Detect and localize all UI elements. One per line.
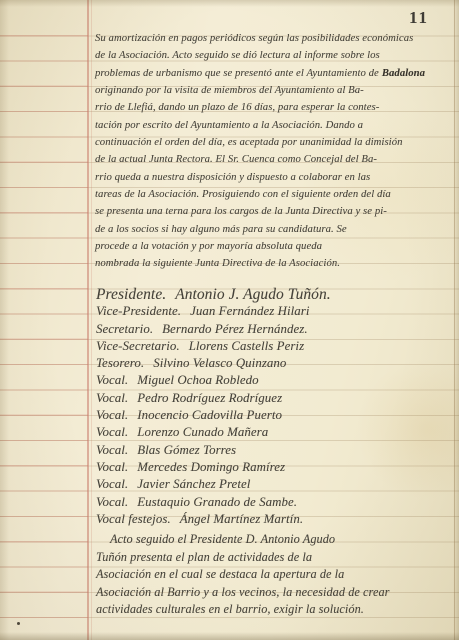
board-entry: Vocal.Eustaquio Granado de Sambe. <box>96 494 331 511</box>
board-member-name: Blas Gómez Torres <box>137 443 236 457</box>
board-entry: Vocal festejos.Ángel Martínez Martín. <box>96 511 331 528</box>
board-member-name: Juan Fernández Hilari <box>190 304 309 318</box>
board-member-name: Pedro Rodríguez Rodríguez <box>137 391 282 405</box>
closing-paragraph: Acto seguido el Presidente D. Antonio Ag… <box>96 531 389 619</box>
manuscript-line: nombrada la siguiente Junta Directiva de… <box>95 255 425 272</box>
board-role: Vice-Secretario. <box>96 338 180 355</box>
board-member-name: Eustaquio Granado de Sambe. <box>137 495 297 509</box>
manuscript-line: tareas de la Asociación. Prosiguiendo co… <box>95 186 425 203</box>
manuscript-line: de la actual Junta Rectora. El Sr. Cuenc… <box>95 151 425 168</box>
manuscript-line: rrio de Llefiá, dando un plazo de 16 día… <box>95 99 425 116</box>
board-list: Presidente.Antonio J. Agudo Tuñón. Vice-… <box>96 286 331 528</box>
manuscript-line: se presenta una terna para los cargos de… <box>95 203 425 220</box>
board-role: Secretario. <box>96 321 153 338</box>
board-member-name: Mercedes Domingo Ramírez <box>137 460 285 474</box>
board-member-name: Lorenzo Cunado Mañera <box>137 425 268 439</box>
board-member-name: Miguel Ochoa Robledo <box>137 373 258 387</box>
left-margin-line-secondary <box>91 0 92 640</box>
manuscript-line: de a los socios si hay alguno más para s… <box>95 221 425 238</box>
board-entry: Vocal.Blas Gómez Torres <box>96 442 331 459</box>
manuscript-line: Asociación en el cual se destaca la aper… <box>96 566 389 584</box>
board-role: Vocal. <box>96 407 128 424</box>
ruled-lines-margin-strip <box>0 11 88 640</box>
manuscript-line: problemas de urbanismo que se presentó a… <box>95 65 425 82</box>
board-role: Vocal. <box>96 459 128 476</box>
manuscript-line: Asociación al Barrio y a los vecinos, la… <box>96 584 389 602</box>
manuscript-line: rrio queda a nuestra disposición y dispu… <box>95 169 425 186</box>
manuscript-line: de la Asociación. Acto seguido se dió le… <box>95 47 425 64</box>
board-entry: Vocal.Miguel Ochoa Robledo <box>96 372 331 389</box>
board-entry: Vice-Presidente.Juan Fernández Hilari <box>96 303 331 320</box>
board-role: Vocal festejos. <box>96 511 171 528</box>
board-member-name: Javier Sánchez Pretel <box>137 477 250 491</box>
board-role: Vocal. <box>96 476 128 493</box>
manuscript-line: originando por la visita de miembros del… <box>95 82 425 99</box>
ink-speck <box>17 622 20 625</box>
board-role: Vocal. <box>96 442 128 459</box>
board-member-name: Silvino Velasco Quinzano <box>153 356 286 370</box>
left-margin-line <box>87 0 89 640</box>
notebook-page: 11 Su amortización en pagos periódicos s… <box>0 0 459 640</box>
manuscript-line: Tuñón presenta el plan de actividades de… <box>96 549 389 567</box>
board-role: Vice-Presidente. <box>96 303 181 320</box>
manuscript-line: procede a la votación y por mayoría abso… <box>95 238 425 255</box>
board-role: Vocal. <box>96 424 128 441</box>
opening-paragraph: Su amortización en pagos periódicos segú… <box>95 30 425 273</box>
board-entry: Vocal.Javier Sánchez Pretel <box>96 476 331 493</box>
page-number: 11 <box>409 8 429 28</box>
board-entry: Vice-Secretario.Llorens Castells Periz <box>96 338 331 355</box>
board-entry: Vocal.Mercedes Domingo Ramírez <box>96 459 331 476</box>
board-role: Vocal. <box>96 494 128 511</box>
board-entry: Vocal.Lorenzo Cunado Mañera <box>96 424 331 441</box>
manuscript-line: tación por escrito del Ayuntamiento a la… <box>95 117 425 134</box>
board-entry: Vocal.Pedro Rodríguez Rodríguez <box>96 390 331 407</box>
board-member-name: Inocencio Cadovilla Puerto <box>137 408 282 422</box>
right-page-edge-line <box>454 0 455 640</box>
board-entry: Tesorero.Silvino Velasco Quinzano <box>96 355 331 372</box>
board-entry: Secretario.Bernardo Pérez Hernández. <box>96 321 331 338</box>
corrected-town-name: Badalona <box>382 68 425 79</box>
manuscript-line: actividades culturales en el barrio, exi… <box>96 601 389 619</box>
manuscript-line: continuación el orden del día, es acepta… <box>95 134 425 151</box>
manuscript-line: Acto seguido el Presidente D. Antonio Ag… <box>96 531 389 549</box>
board-role: Tesorero. <box>96 355 144 372</box>
board-member-name: Ángel Martínez Martín. <box>180 512 303 526</box>
manuscript-line: Su amortización en pagos periódicos segú… <box>95 30 425 47</box>
board-member-name: Antonio J. Agudo Tuñón. <box>175 286 331 303</box>
board-role: Vocal. <box>96 372 128 389</box>
board-member-name: Llorens Castells Periz <box>189 339 305 353</box>
board-role: Presidente. <box>96 286 166 303</box>
board-entry: Presidente.Antonio J. Agudo Tuñón. <box>96 286 331 303</box>
manuscript-line-text: problemas de urbanismo que se presentó a… <box>95 68 379 79</box>
board-entry: Vocal.Inocencio Cadovilla Puerto <box>96 407 331 424</box>
board-member-name: Bernardo Pérez Hernández. <box>162 322 308 336</box>
board-role: Vocal. <box>96 390 128 407</box>
